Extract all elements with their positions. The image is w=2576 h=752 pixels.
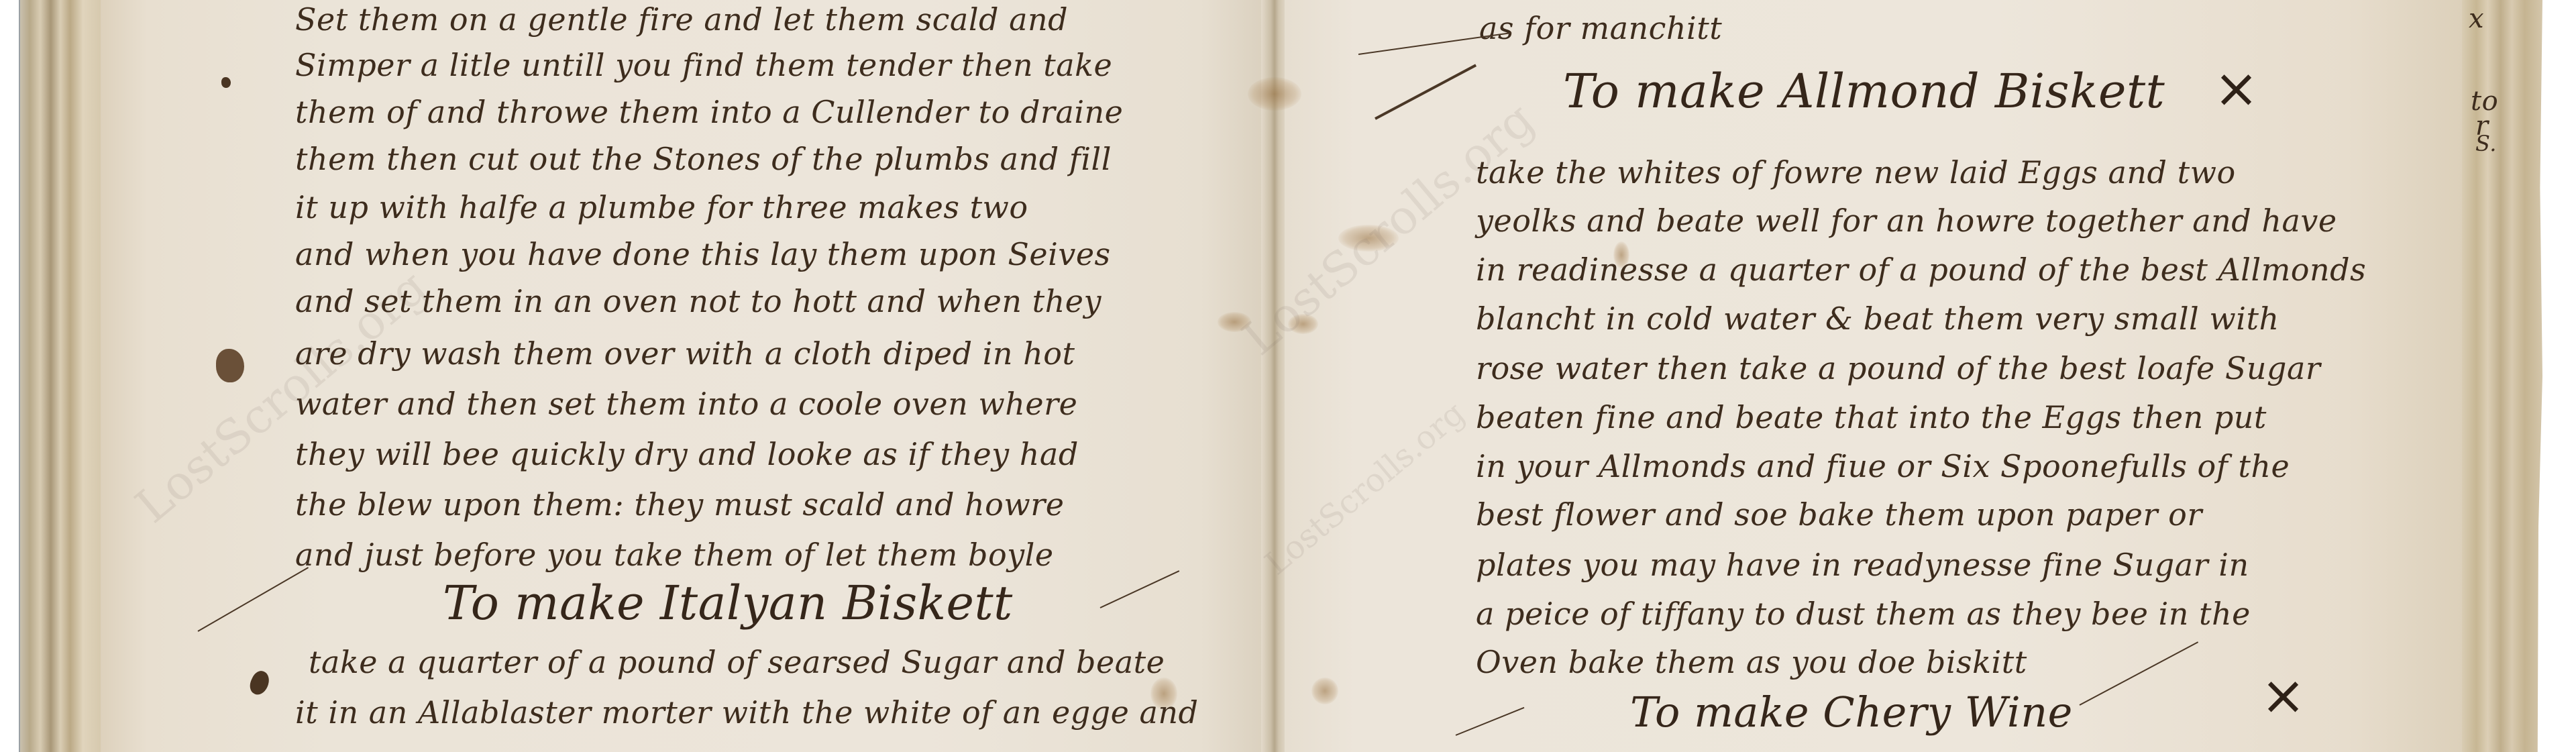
recipe-heading: To make Allmond Biskett — [1563, 64, 2165, 119]
text-line: Simper a litle untill you find them tend… — [295, 47, 1112, 83]
foxing-stain — [1248, 77, 1301, 111]
text-line: they will bee quickly dry and looke as i… — [295, 436, 1079, 472]
text-line: the blew upon them: they must scald and … — [295, 486, 1064, 523]
text-line: it up with halfe a plumbe for three make… — [295, 189, 1028, 225]
text-line: and when you have done this lay them upo… — [295, 236, 1111, 272]
text-line: are dry wash them over with a cloth dipe… — [295, 335, 1075, 372]
text-line: Set them on a gentle fire and let them s… — [295, 1, 1068, 38]
ink-blot — [221, 77, 231, 88]
margin-note: x — [2469, 3, 2484, 34]
text-line: them of and throwe them into a Cullender… — [295, 94, 1123, 130]
foxing-stain — [1218, 312, 1251, 332]
text-line: water and then set them into a coole ove… — [295, 386, 1077, 422]
text-line: in readinesse a quarter of a pound of th… — [1476, 252, 2366, 288]
foxing-stain — [1288, 314, 1318, 334]
ink-blot — [216, 349, 244, 382]
text-line: yeolks and beate well for an howre toget… — [1476, 203, 2337, 239]
check-mark-icon: × — [2261, 664, 2306, 727]
manuscript-spread: LostScrolls.org LostScrolls.org LostScro… — [0, 0, 2576, 752]
check-mark-icon: × — [2214, 57, 2259, 119]
margin-note: S. — [2475, 131, 2497, 156]
text-line: take the whites of fowre new laid Eggs a… — [1476, 154, 2236, 191]
left-page-edges — [20, 0, 101, 752]
foxing-stain — [1311, 678, 1338, 704]
text-line: best flower and soe bake them upon paper… — [1476, 496, 2202, 533]
text-line: rose water then take a pound of the best… — [1476, 350, 2320, 386]
text-line: and set them in an oven not to hott and … — [295, 283, 1102, 319]
text-line: take a quarter of a pound of searsed Sug… — [309, 644, 1165, 680]
text-line: and just before you take them of let the… — [295, 537, 1054, 573]
text-line: in your Allmonds and fiue or Six Spoonef… — [1476, 448, 2290, 484]
text-line: it in an Allablaster morter with the whi… — [295, 694, 1198, 731]
text-line: as for manchitt — [1479, 10, 1722, 46]
recipe-heading: To make Italyan Biskett — [443, 576, 1013, 631]
book-gutter — [1261, 0, 1288, 752]
text-line: a peice of tiffany to dust them as they … — [1476, 596, 2251, 632]
text-line: blancht in cold water & beat them very s… — [1476, 301, 2279, 337]
recipe-heading: To make Chery Wine — [1630, 688, 2073, 737]
foxing-stain — [1338, 225, 1399, 252]
text-line: plates you may have in readynesse fine S… — [1476, 547, 2249, 583]
text-line: Oven bake them as you doe biskitt — [1476, 644, 2027, 680]
text-line: beaten fine and beate that into the Eggs… — [1476, 399, 2267, 435]
text-line: them then cut out the Stones of the plum… — [295, 141, 1112, 177]
